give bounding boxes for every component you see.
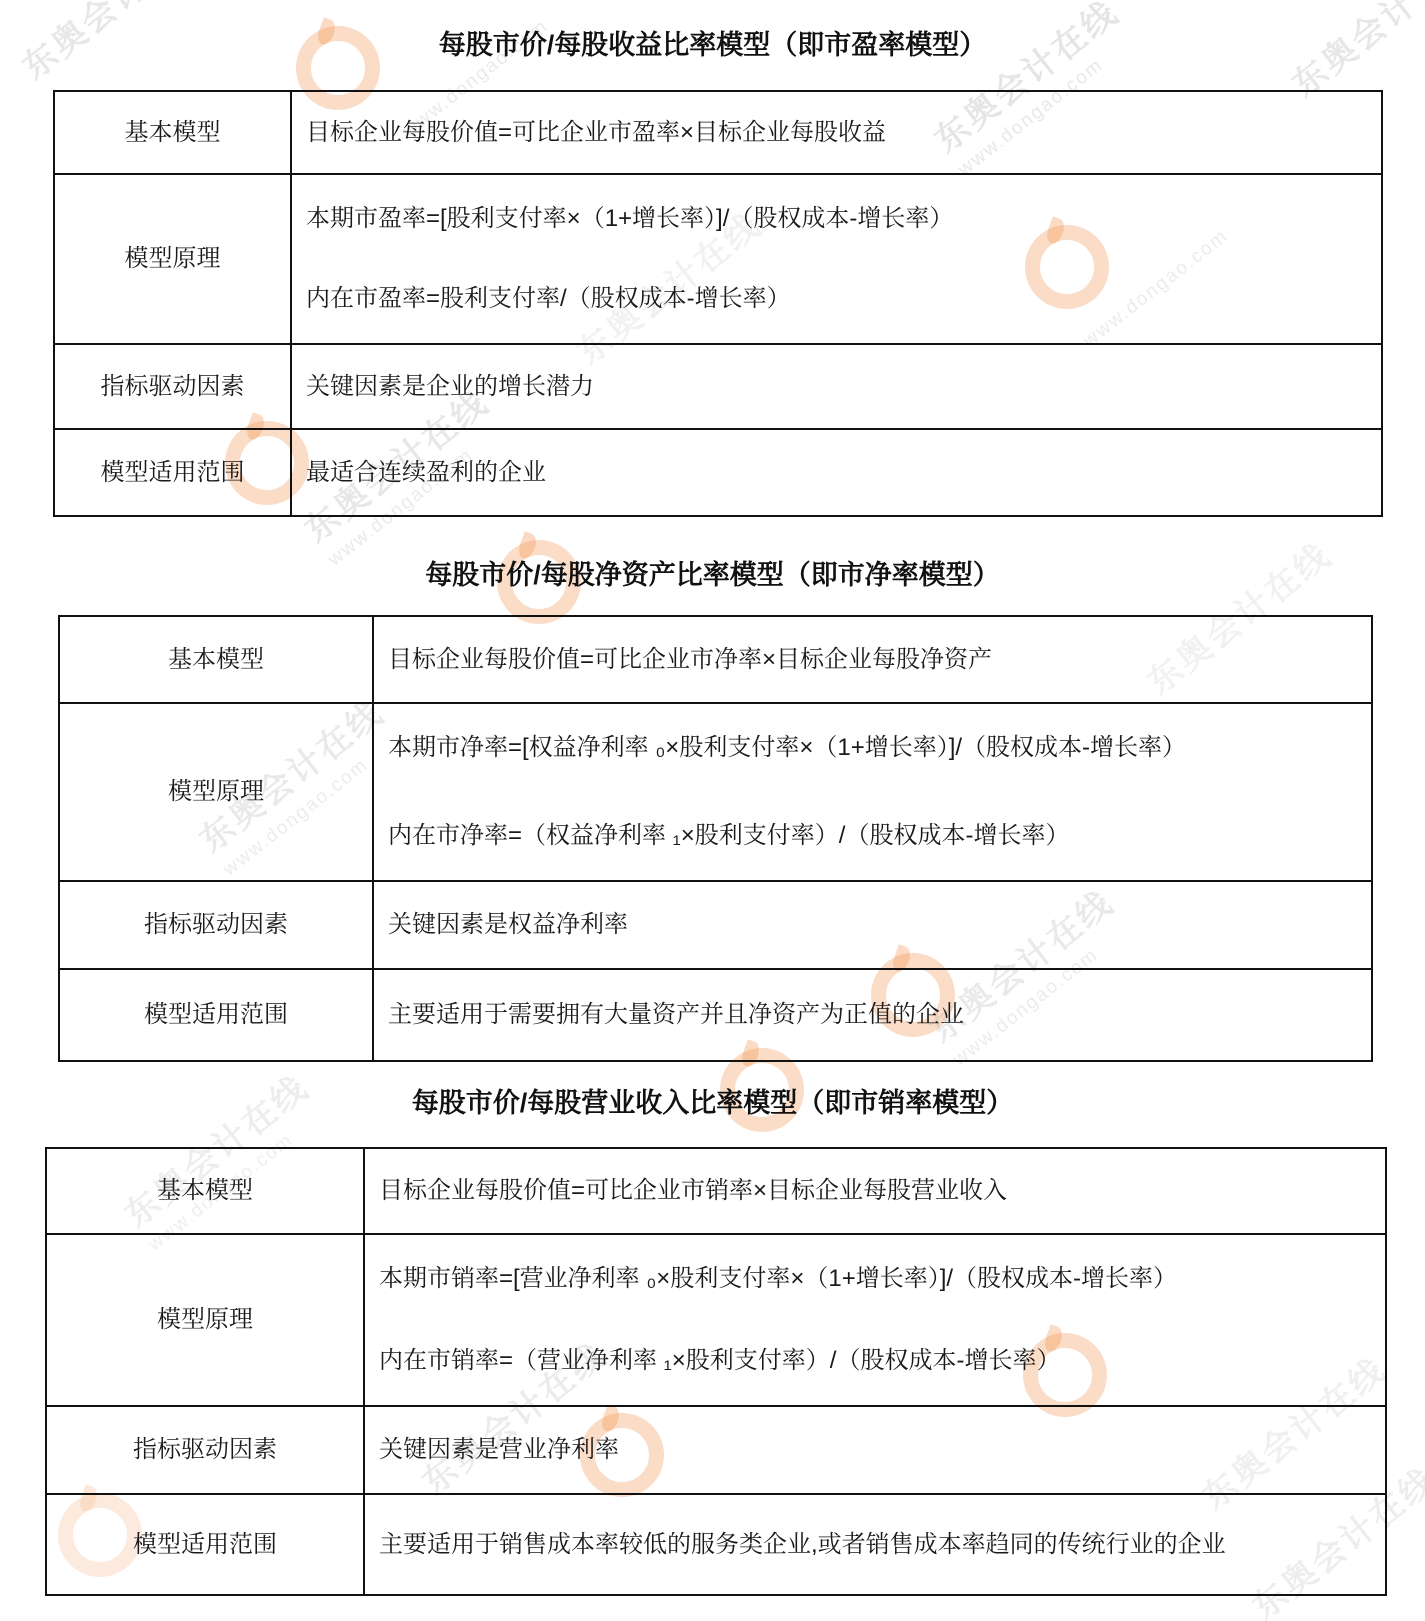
formula-line: 最适合连续盈利的企业 <box>306 458 1365 488</box>
pb-model-title: 每股市价/每股净资产比率模型（即市净率模型） <box>0 558 1425 592</box>
document-page: 东奥会计在线 www.dongao.com 东奥会计在线 www.dongao.… <box>0 0 1425 1621</box>
table-row: 指标驱动因素 关键因素是企业的增长潜力 <box>55 345 1381 430</box>
pe-model-title: 每股市价/每股收益比率模型（即市盈率模型） <box>0 28 1425 62</box>
row-label: 模型原理 <box>60 704 374 880</box>
row-label: 基本模型 <box>47 1149 365 1233</box>
pb-model-table: 基本模型 目标企业每股价值=可比企业市净率×目标企业每股净资产 模型原理 本期市… <box>58 615 1373 1062</box>
row-label: 模型原理 <box>47 1235 365 1405</box>
formula-line: 本期市销率=[营业净利率 ₀×股利支付率×（1+增长率）]/（股权成本-增长率） <box>379 1264 1369 1294</box>
formula-line: 关键因素是权益净利率 <box>388 910 1355 940</box>
row-content: 最适合连续盈利的企业 <box>292 430 1381 515</box>
ps-model-title: 每股市价/每股营业收入比率模型（即市销率模型） <box>0 1086 1425 1120</box>
formula-line: 主要适用于销售成本率较低的服务类企业,或者销售成本率趋同的传统行业的企业 <box>379 1530 1369 1560</box>
row-label: 指标驱动因素 <box>55 345 292 428</box>
formula-line: 目标企业每股价值=可比企业市盈率×目标企业每股收益 <box>306 118 1365 148</box>
row-content: 目标企业每股价值=可比企业市净率×目标企业每股净资产 <box>374 617 1371 702</box>
formula-line: 关键因素是企业的增长潜力 <box>306 372 1365 402</box>
table-row: 基本模型 目标企业每股价值=可比企业市净率×目标企业每股净资产 <box>60 617 1371 704</box>
formula-line: 本期市净率=[权益净利率 ₀×股利支付率×（1+增长率）]/（股权成本-增长率） <box>388 733 1355 763</box>
table-row: 模型适用范围 主要适用于销售成本率较低的服务类企业,或者销售成本率趋同的传统行业… <box>47 1495 1385 1594</box>
row-content: 关键因素是权益净利率 <box>374 882 1371 968</box>
row-label: 模型适用范围 <box>60 970 374 1060</box>
table-row: 指标驱动因素 关键因素是营业净利率 <box>47 1407 1385 1495</box>
formula-line: 内在市盈率=股利支付率/（股权成本-增长率） <box>306 284 1365 314</box>
row-label: 模型适用范围 <box>47 1495 365 1594</box>
table-row: 基本模型 目标企业每股价值=可比企业市销率×目标企业每股营业收入 <box>47 1149 1385 1235</box>
row-content: 本期市销率=[营业净利率 ₀×股利支付率×（1+增长率）]/（股权成本-增长率）… <box>365 1235 1385 1405</box>
row-label: 指标驱动因素 <box>47 1407 365 1493</box>
row-label: 模型适用范围 <box>55 430 292 515</box>
row-content: 关键因素是营业净利率 <box>365 1407 1385 1493</box>
table-row: 指标驱动因素 关键因素是权益净利率 <box>60 882 1371 970</box>
pe-model-table: 基本模型 目标企业每股价值=可比企业市盈率×目标企业每股收益 模型原理 本期市盈… <box>53 90 1383 517</box>
row-content: 目标企业每股价值=可比企业市销率×目标企业每股营业收入 <box>365 1149 1385 1233</box>
row-label: 模型原理 <box>55 175 292 343</box>
formula-line: 目标企业每股价值=可比企业市净率×目标企业每股净资产 <box>388 645 1355 675</box>
formula-line: 关键因素是营业净利率 <box>379 1435 1369 1465</box>
row-label: 基本模型 <box>60 617 374 702</box>
formula-line: 内在市销率=（营业净利率 ₁×股利支付率）/（股权成本-增长率） <box>379 1346 1369 1376</box>
row-label: 基本模型 <box>55 92 292 173</box>
table-row: 模型适用范围 最适合连续盈利的企业 <box>55 430 1381 515</box>
row-label: 指标驱动因素 <box>60 882 374 968</box>
row-content: 关键因素是企业的增长潜力 <box>292 345 1381 428</box>
row-content: 本期市净率=[权益净利率 ₀×股利支付率×（1+增长率）]/（股权成本-增长率）… <box>374 704 1371 880</box>
formula-line: 目标企业每股价值=可比企业市销率×目标企业每股营业收入 <box>379 1176 1369 1206</box>
table-row: 模型原理 本期市净率=[权益净利率 ₀×股利支付率×（1+增长率）]/（股权成本… <box>60 704 1371 882</box>
row-content: 主要适用于需要拥有大量资产并且净资产为正值的企业 <box>374 970 1371 1060</box>
table-row: 基本模型 目标企业每股价值=可比企业市盈率×目标企业每股收益 <box>55 92 1381 175</box>
formula-line: 内在市净率=（权益净利率 ₁×股利支付率）/（股权成本-增长率） <box>388 821 1355 851</box>
ps-model-table: 基本模型 目标企业每股价值=可比企业市销率×目标企业每股营业收入 模型原理 本期… <box>45 1147 1387 1596</box>
row-content: 目标企业每股价值=可比企业市盈率×目标企业每股收益 <box>292 92 1381 173</box>
table-row: 模型原理 本期市盈率=[股利支付率×（1+增长率）]/（股权成本-增长率） 内在… <box>55 175 1381 345</box>
formula-line: 本期市盈率=[股利支付率×（1+增长率）]/（股权成本-增长率） <box>306 204 1365 234</box>
table-row: 模型原理 本期市销率=[营业净利率 ₀×股利支付率×（1+增长率）]/（股权成本… <box>47 1235 1385 1407</box>
table-row: 模型适用范围 主要适用于需要拥有大量资产并且净资产为正值的企业 <box>60 970 1371 1060</box>
formula-line: 主要适用于需要拥有大量资产并且净资产为正值的企业 <box>388 1000 1355 1030</box>
row-content: 主要适用于销售成本率较低的服务类企业,或者销售成本率趋同的传统行业的企业 <box>365 1495 1385 1594</box>
row-content: 本期市盈率=[股利支付率×（1+增长率）]/（股权成本-增长率） 内在市盈率=股… <box>292 175 1381 343</box>
